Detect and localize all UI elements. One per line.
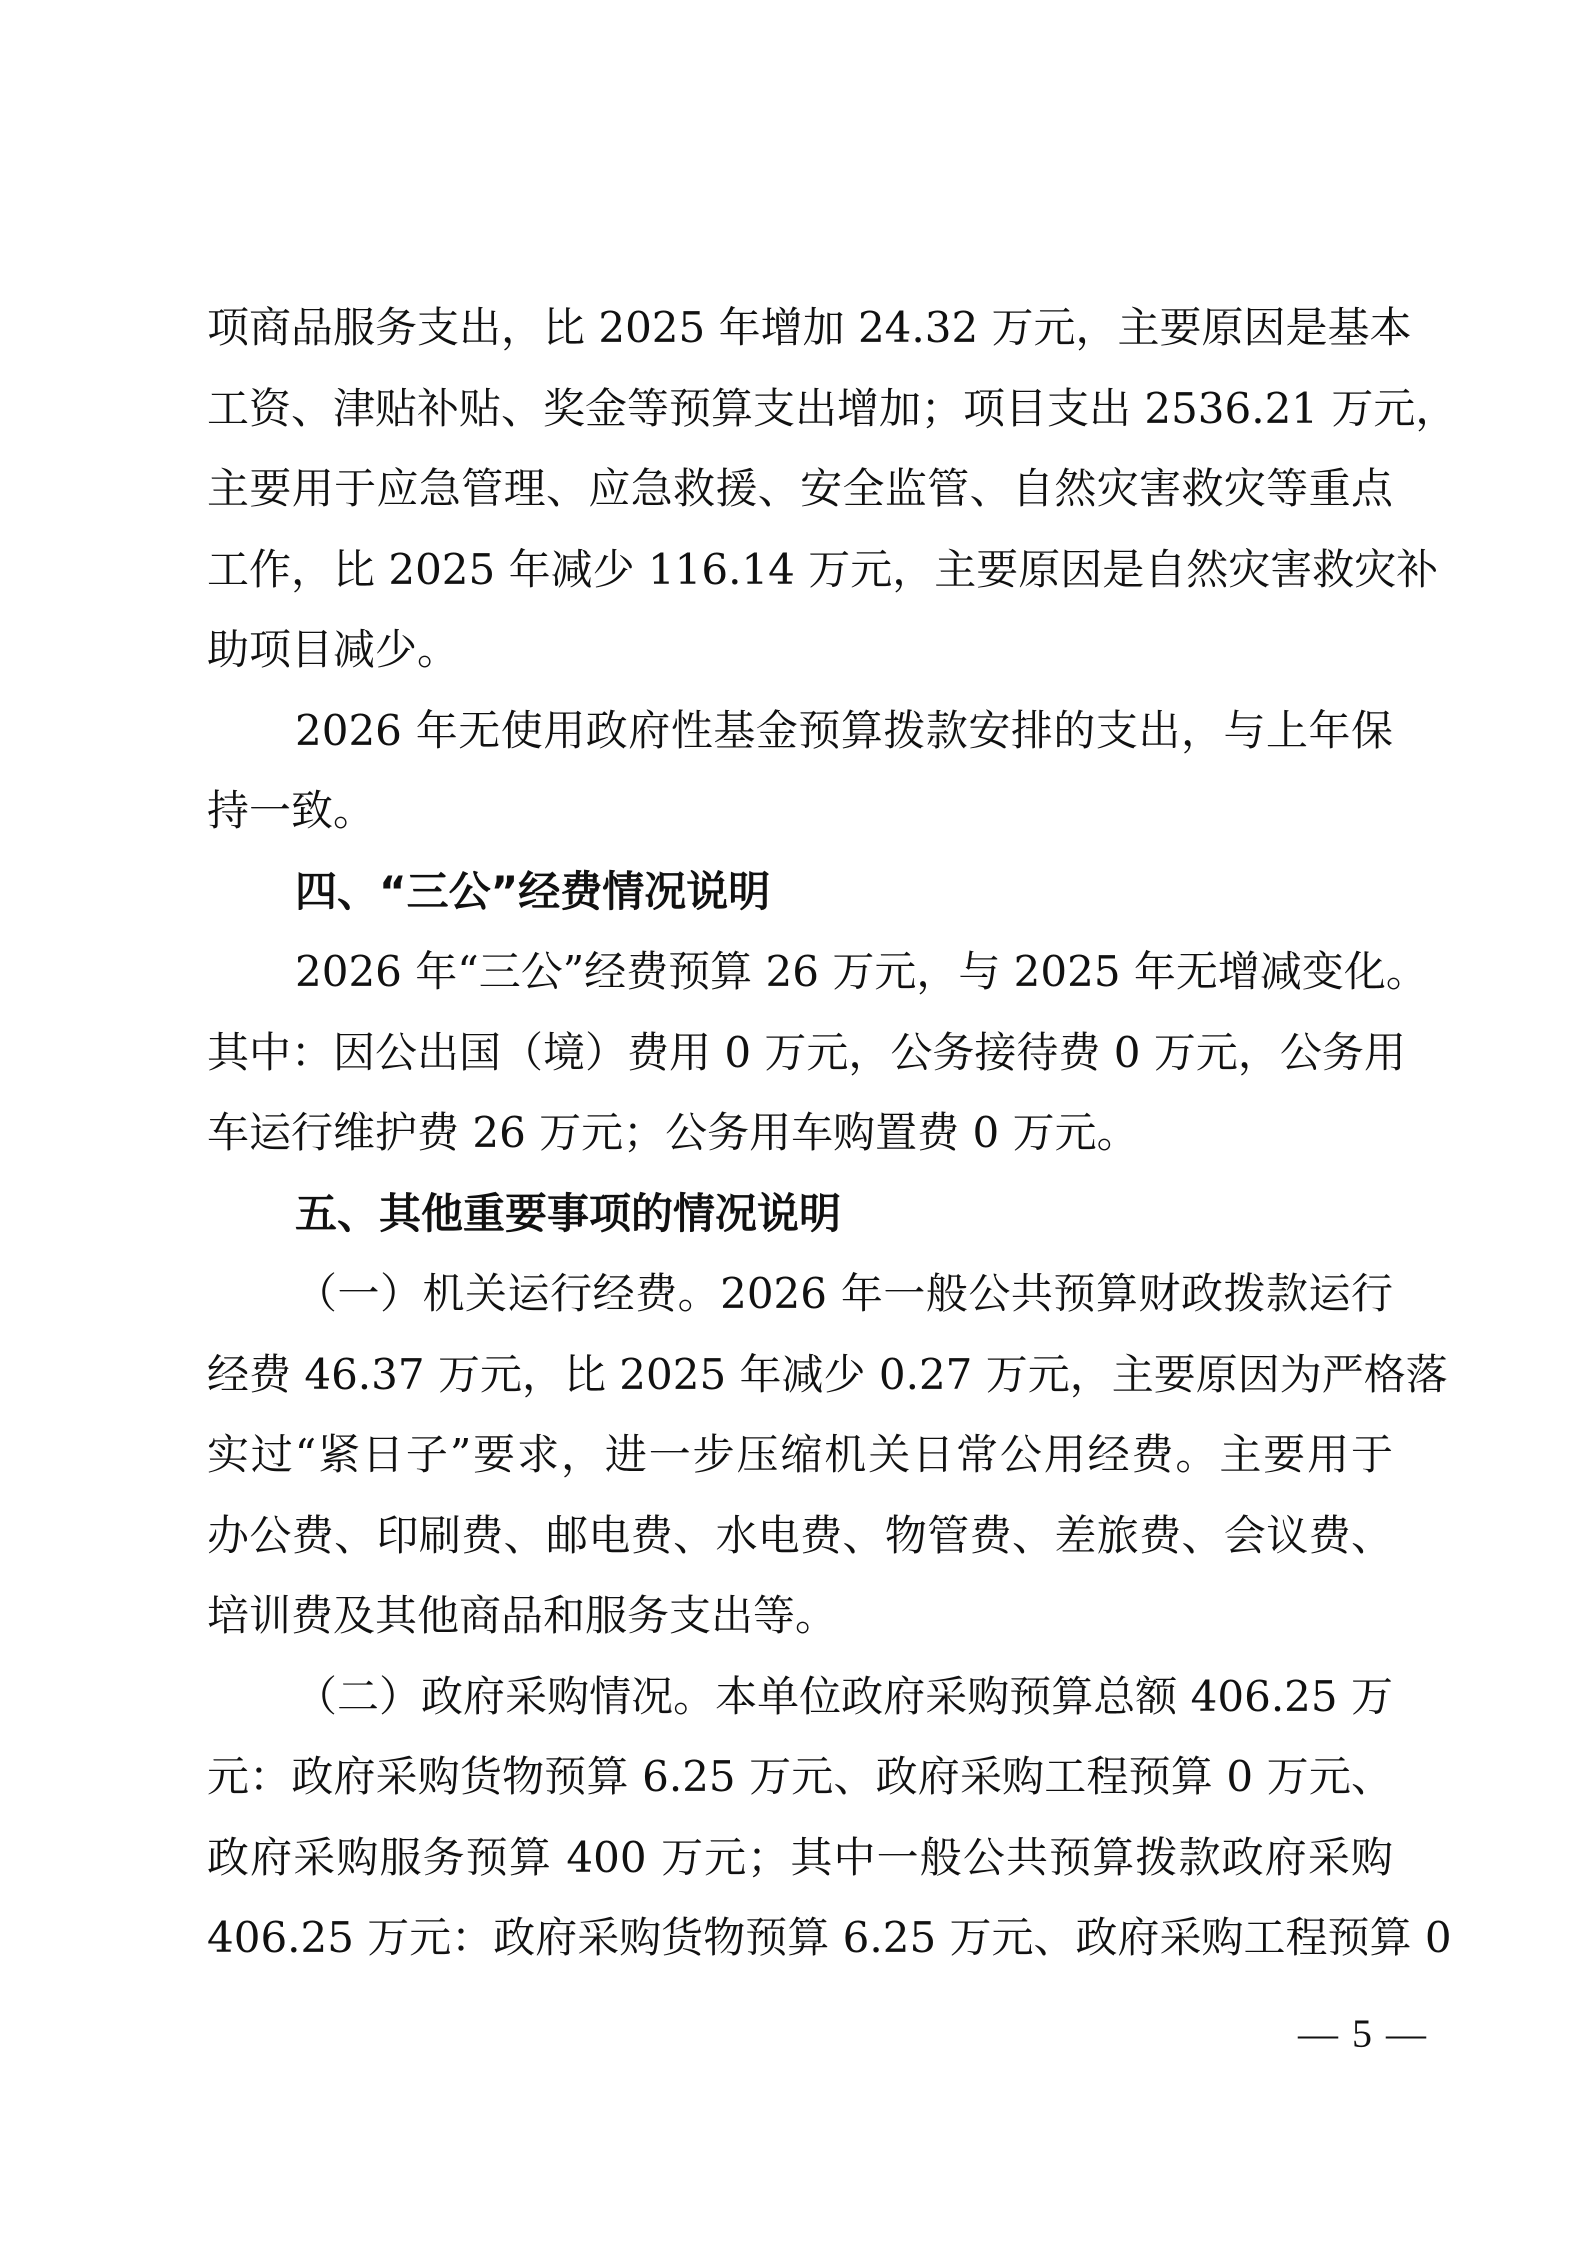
page-number: — 5 — [1298, 2010, 1428, 2057]
body-line: 工资、津贴补贴、奖金等预算支出增加；项目支出 2536.21 万元， [207, 377, 1393, 458]
body-line: 实过“紧日子”要求，进一步压缩机关日常公用经费。主要用于 [207, 1423, 1393, 1504]
body-line: 办公费、印刷费、邮电费、水电费、物管费、差旅费、会议费、 [207, 1504, 1393, 1585]
body-line: 政府采购服务预算 400 万元；其中一般公共预算拨款政府采购 [207, 1826, 1393, 1907]
document-body: 项商品服务支出，比 2025 年增加 24.32 万元，主要原因是基本 工资、津… [207, 296, 1393, 1987]
body-line: （二）政府采购情况。本单位政府采购预算总额 406.25 万 [207, 1665, 1393, 1746]
section-heading-sangong: 四、“三公”经费情况说明 [207, 860, 1393, 941]
body-line: （一）机关运行经费。2026 年一般公共预算财政拨款运行 [207, 1262, 1393, 1343]
body-line: 主要用于应急管理、应急救援、安全监管、自然灾害救灾等重点 [207, 457, 1393, 538]
body-line: 工作，比 2025 年减少 116.14 万元，主要原因是自然灾害救灾补 [207, 538, 1393, 619]
body-line: 助项目减少。 [207, 618, 1393, 699]
body-line: 2026 年无使用政府性基金预算拨款安排的支出，与上年保 [207, 699, 1393, 780]
body-line: 经费 46.37 万元，比 2025 年减少 0.27 万元，主要原因为严格落 [207, 1343, 1393, 1424]
body-line: 培训费及其他商品和服务支出等。 [207, 1584, 1393, 1665]
body-line: 车运行维护费 26 万元；公务用车购置费 0 万元。 [207, 1101, 1393, 1182]
body-line: 406.25 万元：政府采购货物预算 6.25 万元、政府采购工程预算 0 [207, 1906, 1393, 1987]
body-line: 2026 年“三公”经费预算 26 万元，与 2025 年无增减变化。 [207, 940, 1393, 1021]
section-heading-other-matters: 五、其他重要事项的情况说明 [207, 1182, 1393, 1263]
body-line: 持一致。 [207, 779, 1393, 860]
body-line: 其中：因公出国（境）费用 0 万元，公务接待费 0 万元，公务用 [207, 1021, 1393, 1102]
body-line: 项商品服务支出，比 2025 年增加 24.32 万元，主要原因是基本 [207, 296, 1393, 377]
body-line: 元：政府采购货物预算 6.25 万元、政府采购工程预算 0 万元、 [207, 1745, 1393, 1826]
